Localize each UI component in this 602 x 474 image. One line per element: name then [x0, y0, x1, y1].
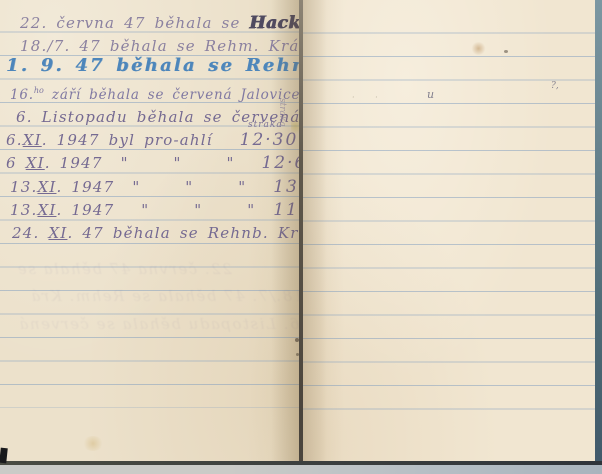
- entry-8-roman-month: XI: [37, 178, 56, 196]
- bleed-through-ghost: 18./7. 47 běhala se Rehm. Krá: [30, 287, 302, 305]
- entry-10-roman-month: XI: [48, 224, 67, 242]
- entry-9-year: . 1947: [56, 201, 114, 219]
- gutter-shadow-left: [271, 0, 299, 463]
- entry-9-roman-month: XI: [37, 201, 56, 219]
- paper-stain: [471, 42, 486, 55]
- right-page: [303, 0, 597, 466]
- entry-4-text: září běhala se červená Jalovice: [44, 87, 300, 103]
- bleed-through-ghost: 22. června 47 běhala se: [10, 260, 232, 278]
- faint-dots-mark: · ·: [352, 93, 387, 102]
- entry-6-year: . 1947: [42, 131, 100, 149]
- entry-line-4: 16.ho září běhala se červená Jalovice: [10, 83, 300, 107]
- entry-4-superscript: ho: [34, 86, 44, 95]
- entry-7-ditto-marks: " " ": [103, 154, 262, 172]
- entry-line-10: 24. XI. 47 běhala se Rehnb. Kráska: [12, 221, 302, 245]
- faint-pencil-mark: ?,: [551, 81, 559, 91]
- entry-line-9: 13.XI. 1947 " " " 11·90 q: [10, 198, 302, 222]
- entry-line-6: 6.XI. 1947 byl pro-ahlí 12·30 q: [6, 128, 302, 152]
- entry-10-year: . 47: [67, 224, 103, 242]
- entry-7-roman-month: XI: [26, 154, 45, 172]
- entry-7-day: 6: [6, 154, 26, 172]
- entry-line-3-blue-ink: 1. 9. 47 běhala se Rehnb. Krá: [6, 54, 302, 80]
- notebook-scan: 22. června 47 běhala se 18./7. 47 běhala…: [0, 0, 602, 474]
- entry-6-text: byl pro-ahlí: [100, 131, 240, 149]
- notebook-cover-edge: [595, 0, 602, 467]
- gutter-crease: [299, 0, 303, 464]
- entry-6-day: 6.: [6, 131, 23, 149]
- bleed-through-ghost: 6. Listopadu běhala se červená: [18, 315, 300, 333]
- left-page-writing-area: 22. června 47 běhala se 18./7. 47 běhala…: [0, 0, 302, 463]
- scanner-background-strip: [0, 465, 602, 474]
- entry-line-1: 22. června 47 běhala se Hack Kř: [20, 11, 302, 35]
- gutter-speck: [295, 338, 299, 342]
- paper-speck: [504, 50, 508, 53]
- entry-10-day: 24.: [12, 224, 48, 242]
- entry-7-year: . 1947: [45, 154, 103, 172]
- entry-line-7: 6 XI. 1947 " " " 12·60 q: [6, 151, 302, 175]
- paper-stain: [82, 436, 104, 451]
- ruled-lines-right: [303, 10, 597, 414]
- entry-9-ditto-marks: " " ": [114, 201, 273, 219]
- entry-1-text: 22. června 47 běhala se: [20, 14, 250, 32]
- gutter-shadow-right: [303, 0, 327, 466]
- entry-9-day: 13.: [10, 201, 37, 219]
- entry-8-day: 13.: [10, 178, 37, 196]
- entry-line-8: 13.XI. 1947 " " " 13·10 q: [10, 175, 302, 199]
- entry-6-roman-month: XI: [23, 131, 42, 149]
- faint-pencil-mark: u: [427, 88, 434, 101]
- entry-8-ditto-marks: " " ": [114, 178, 273, 196]
- entry-4-day: 16.: [10, 87, 34, 103]
- gutter-speck: [296, 353, 299, 356]
- entry-8-year: . 1947: [56, 178, 114, 196]
